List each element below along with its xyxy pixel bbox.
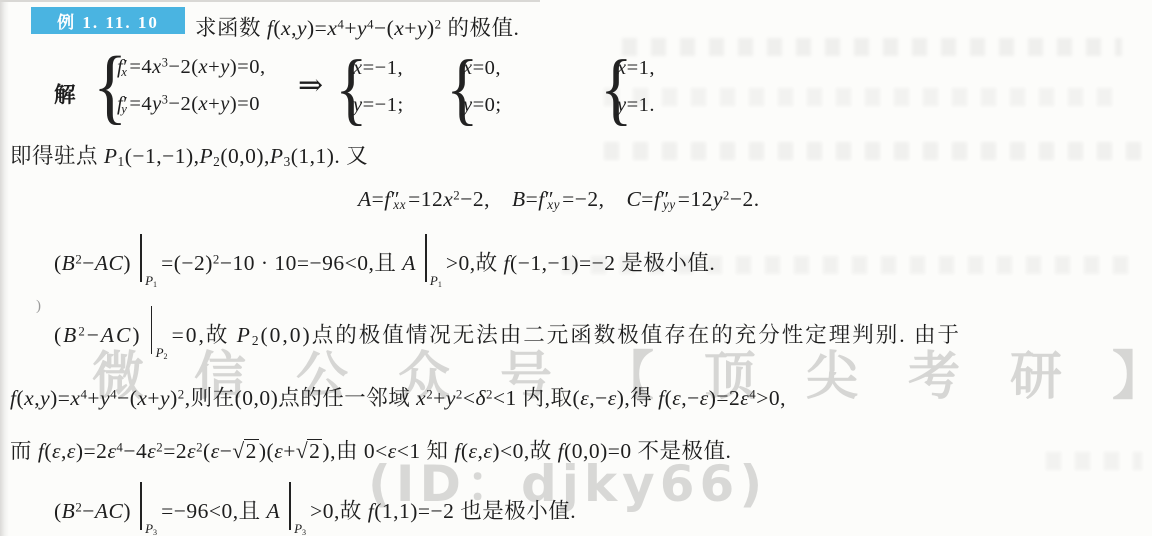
- system-equation-2: f′y=4y3−2(x+y)=0: [117, 93, 260, 116]
- solution-2-x: x=0,: [463, 57, 501, 80]
- stationary-points-line: 即得驻点 P1(−1,−1),P2(0,0),P3(1,1). 又: [10, 139, 368, 170]
- show-through-ghost: [622, 38, 1122, 56]
- system-equation-1: f′x=4x3−2(x+y)=0,: [117, 56, 266, 79]
- implies-arrow: ⇒: [298, 68, 323, 103]
- solution-3-x: x=1,: [617, 57, 655, 80]
- solution-3-y: y=1.: [617, 94, 655, 117]
- scan-edge-top: [0, 0, 540, 2]
- textbook-page: 微信公众号【顶尖考研】 (ID：djky66) 例 1. 11. 10 求函数 …: [0, 0, 1152, 536]
- solution-2-y: y=0;: [463, 94, 502, 117]
- show-through-ghost: [1046, 452, 1142, 470]
- solve-label: 解: [54, 78, 76, 109]
- second-derivatives-line: A=f″xx=12x2−2, B=f″xy=−2, C=f″yy=12y2−2.: [358, 187, 760, 212]
- solution-1-x: x=−1,: [353, 57, 403, 80]
- problem-statement: 求函数 f(x,y)=x4+y4−(x+y)2 的极值.: [195, 11, 519, 42]
- scan-edge-left: [0, 0, 9, 536]
- neighborhood-argument-line: f(x,y)=x4+y4−(x+y)2,则在(0,0)点的任一邻域 x2+y2<…: [10, 381, 786, 412]
- solution-1-y: y=−1;: [353, 94, 404, 117]
- p3-evaluation-line: (B2−AC)P3=−96<0,且 AP3>0,故 f(1,1)=−2 也是极小…: [54, 494, 576, 525]
- example-badge: 例 1. 11. 10: [31, 7, 185, 34]
- show-through-ghost: [604, 88, 1124, 106]
- p1-evaluation-line: (B2−AC)P1=(−2)2−10 · 10=−96<0,且 AP1>0,故 …: [54, 246, 715, 277]
- epsilon-argument-line: 而 f(ε,ε)=2ε4−4ε2=2ε2(ε−√2)(ε+√2),由 0<ε<1…: [10, 434, 731, 465]
- show-through-ghost: [604, 142, 1144, 160]
- ink-artifact: ): [36, 298, 41, 315]
- p2-evaluation-line: (B2−AC)P2=0,故 P2(0,0)点的极值情况无法由二元函数极值存在的充…: [54, 318, 961, 349]
